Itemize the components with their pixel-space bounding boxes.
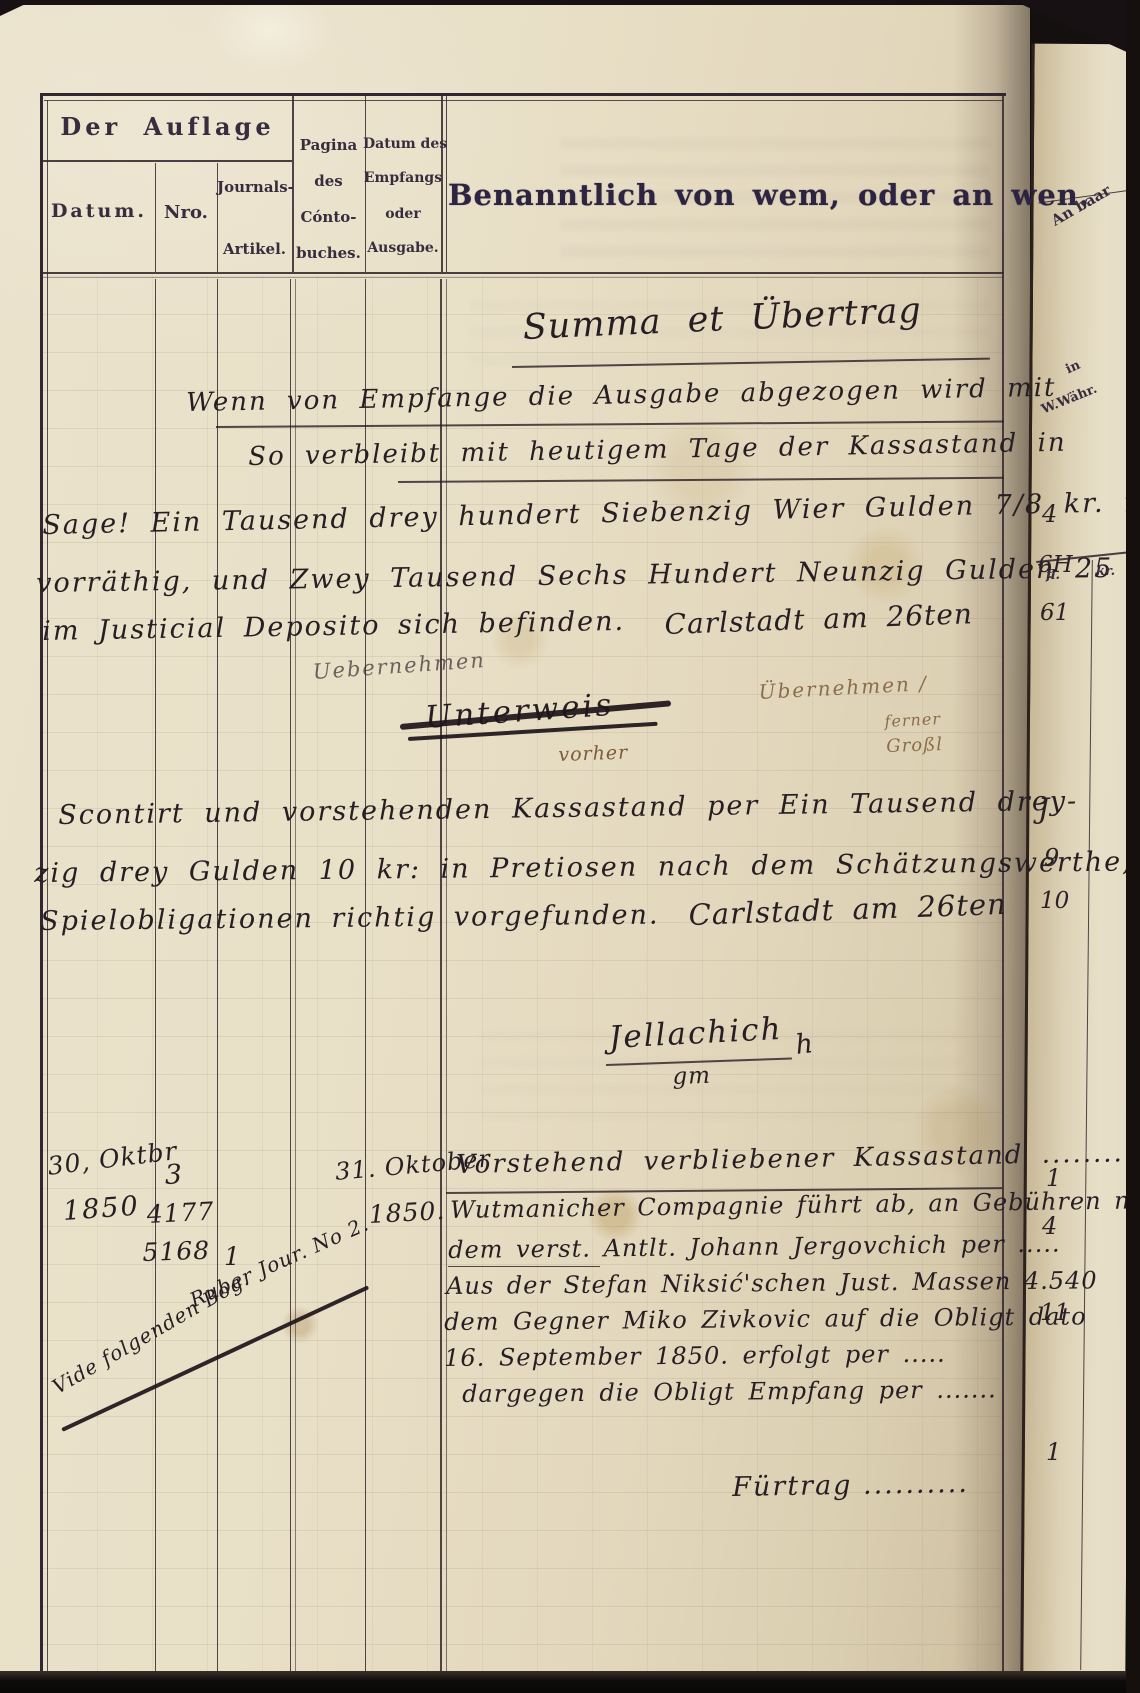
frame-top-inner <box>44 100 1002 101</box>
photo-edge-right <box>1126 0 1140 1693</box>
entry-text-line: 16. September 1850. erfolgt per ..... <box>444 1340 946 1372</box>
column-rule <box>217 279 218 1673</box>
adjacent-ink-fragment: 4 <box>1042 500 1057 528</box>
column-header-nro: Nro. <box>155 202 217 223</box>
frame-top <box>40 93 1006 96</box>
handwritten-note-brown: ferner <box>884 709 941 731</box>
column-header-journals-1: Journals- <box>217 178 292 196</box>
column-rule <box>290 279 291 1673</box>
column-header-pagina-2: des <box>292 172 365 190</box>
column-header-empfang-3: oder <box>363 206 443 222</box>
entry-nro-3: 5168 <box>142 1236 211 1267</box>
entry-text-line: Aus der Stefan Niksić'schen Just. Massen… <box>446 1266 1098 1300</box>
column-rule <box>155 279 156 1673</box>
page-gutter-shadow <box>952 0 1030 1674</box>
column-rule <box>440 279 442 1673</box>
signature-flourish: h <box>794 1028 816 1061</box>
header-bottom-rule-thin <box>43 277 1004 278</box>
adjacent-ink-fragment: 10 <box>1040 888 1069 914</box>
header-column-rule <box>446 96 447 272</box>
column-header-datum: Datum. <box>43 200 155 222</box>
header-group-title: Der Auflage <box>43 112 292 141</box>
frame-right <box>1002 93 1004 1673</box>
main-column-title: Benanntlich von wem, oder an wen. <box>448 178 1004 212</box>
entry-nro-2: 4177 <box>146 1196 215 1228</box>
adjacent-ink-fragment: 11 <box>1040 1300 1069 1326</box>
handwritten-note-brown: vorher <box>558 742 629 766</box>
entry-datum-2: 1850 <box>62 1191 141 1227</box>
adjacent-col-kr: kr. <box>1096 564 1115 579</box>
column-header-pagina-1: Pagina <box>292 136 365 154</box>
underline-stroke <box>448 1266 600 1267</box>
photo-edge-bottom <box>0 1671 1140 1693</box>
adjacent-ink-fragment: 4 <box>1042 1212 1057 1240</box>
adjacent-ink-fragment: 1 <box>1046 1438 1061 1466</box>
adjacent-ink-fragment: J <box>1038 792 1049 825</box>
column-header-empfang-4: Ausgabe. <box>363 240 443 256</box>
column-rule <box>446 279 447 1673</box>
adjacent-ink-fragment: 1 <box>1046 1164 1061 1192</box>
photo-edge-top <box>0 0 1140 5</box>
entry-text-line: dargegen die Obligt Empfang per ....... <box>462 1375 997 1408</box>
handwritten-note-brown: Großl <box>886 734 943 757</box>
entry-fuertrag: Fürtrag .......... <box>732 1468 969 1503</box>
signature-initials: gm <box>672 1063 711 1090</box>
column-rule <box>365 279 366 1673</box>
column-header-journals-2: Artikel. <box>217 240 292 258</box>
column-header-pagina-4: buches. <box>292 244 365 262</box>
column-header-empfang-1: Datum des <box>363 136 443 152</box>
adjacent-ink-fragment: 9 <box>1044 844 1059 872</box>
column-header-empfang-2: Empfangs <box>363 170 443 186</box>
adjacent-ink-fragment: 6H <box>1038 552 1073 578</box>
column-rule <box>295 279 296 1673</box>
entry-empfang-datum-2: 1850. <box>368 1196 446 1229</box>
column-header-pagina-3: Cónto- <box>292 208 365 226</box>
adjacent-ink-fragment: 61 <box>1040 600 1069 626</box>
entry-nro-1: 3 <box>164 1159 184 1191</box>
header-bottom-rule <box>43 272 1004 274</box>
handwritten-line: Spielobligationen richtig vorgefunden. <box>40 900 660 937</box>
entry-text-line: dem Gegner Miko Zivkovic auf die Obligt … <box>444 1302 1087 1336</box>
header-rule <box>43 160 292 162</box>
